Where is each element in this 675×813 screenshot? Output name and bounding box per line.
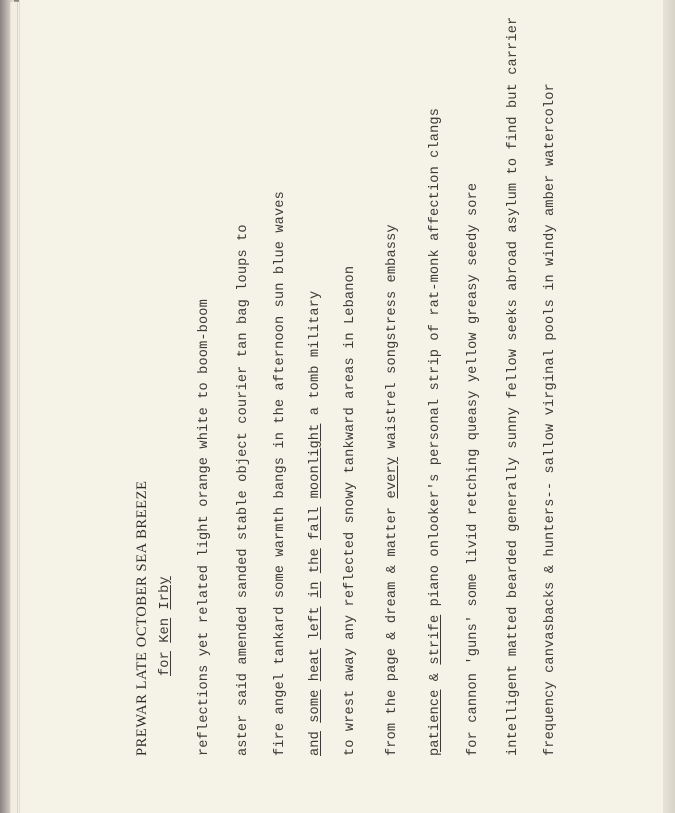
poem-line: intelligent matted bearded generally sun… [506,17,521,756]
text-run: piano onlooker's personal strip of rat-m… [428,108,443,615]
text-run [158,643,173,651]
underlined-word: patience [428,690,443,756]
poem-line: aster said amended sanded stable object … [236,224,251,756]
text-run: fire angel tankard some warmth bangs in … [273,191,288,756]
underlined-word: for [158,651,173,676]
page-right-edge [663,0,675,813]
underlined-word: Irby [158,576,173,609]
poem-dedication: for Ken Irby [158,576,173,676]
text-run: reflections yet related light orange whi… [197,299,212,756]
underlined-word: strife [428,615,443,665]
text-run: frequency canvasbacks & hunters-- sallow… [543,83,558,756]
text-run: waistrel songstress embassy [385,224,400,457]
poem-line: and some heat left in the fall moonlight… [308,291,323,756]
text-run: for cannon 'guns' some livid retching qu… [466,183,481,756]
text-run: & [428,665,443,690]
underlined-word: in [308,581,323,598]
underlined-word: some [308,690,323,723]
text-run: to wrest away any reflected snowy tankwa… [343,266,358,756]
text-run [308,598,323,606]
underlined-word: fall [308,507,323,540]
text-run [308,640,323,648]
poem-line: frequency canvasbacks & hunters-- sallow… [543,83,558,756]
poem-title: PREWAR LATE OCTOBER SEA BREEZE [134,480,151,756]
underlined-word: and [308,731,323,756]
page-edge [17,2,18,813]
underlined-word: the [308,548,323,573]
underlined-word: every [385,457,400,499]
text-run [308,498,323,506]
underlined-word: moonlight [308,424,323,499]
text-run: from the page & dream & matter [385,498,400,756]
text-run: a tomb military [308,291,323,424]
poem-line: fire angel tankard some warmth bangs in … [273,191,288,756]
poem-line: for cannon 'guns' some livid retching qu… [466,183,481,756]
underlined-word: heat [308,648,323,681]
text-run: intelligent matted bearded generally sun… [506,17,521,756]
text-run [308,681,323,689]
poem-line: to wrest away any reflected snowy tankwa… [343,266,358,756]
poem-line: reflections yet related light orange whi… [197,299,212,756]
poem-line: from the page & dream & matter every wai… [385,224,400,756]
text-run: aster said amended sanded stable object … [236,224,251,756]
text-run [308,573,323,581]
poem-line: patience & strife piano onlooker's perso… [428,108,443,756]
underlined-word: Ken [158,618,173,643]
text-run [158,610,173,618]
underlined-word: left [308,606,323,639]
text-run [308,540,323,548]
text-run [308,723,323,731]
